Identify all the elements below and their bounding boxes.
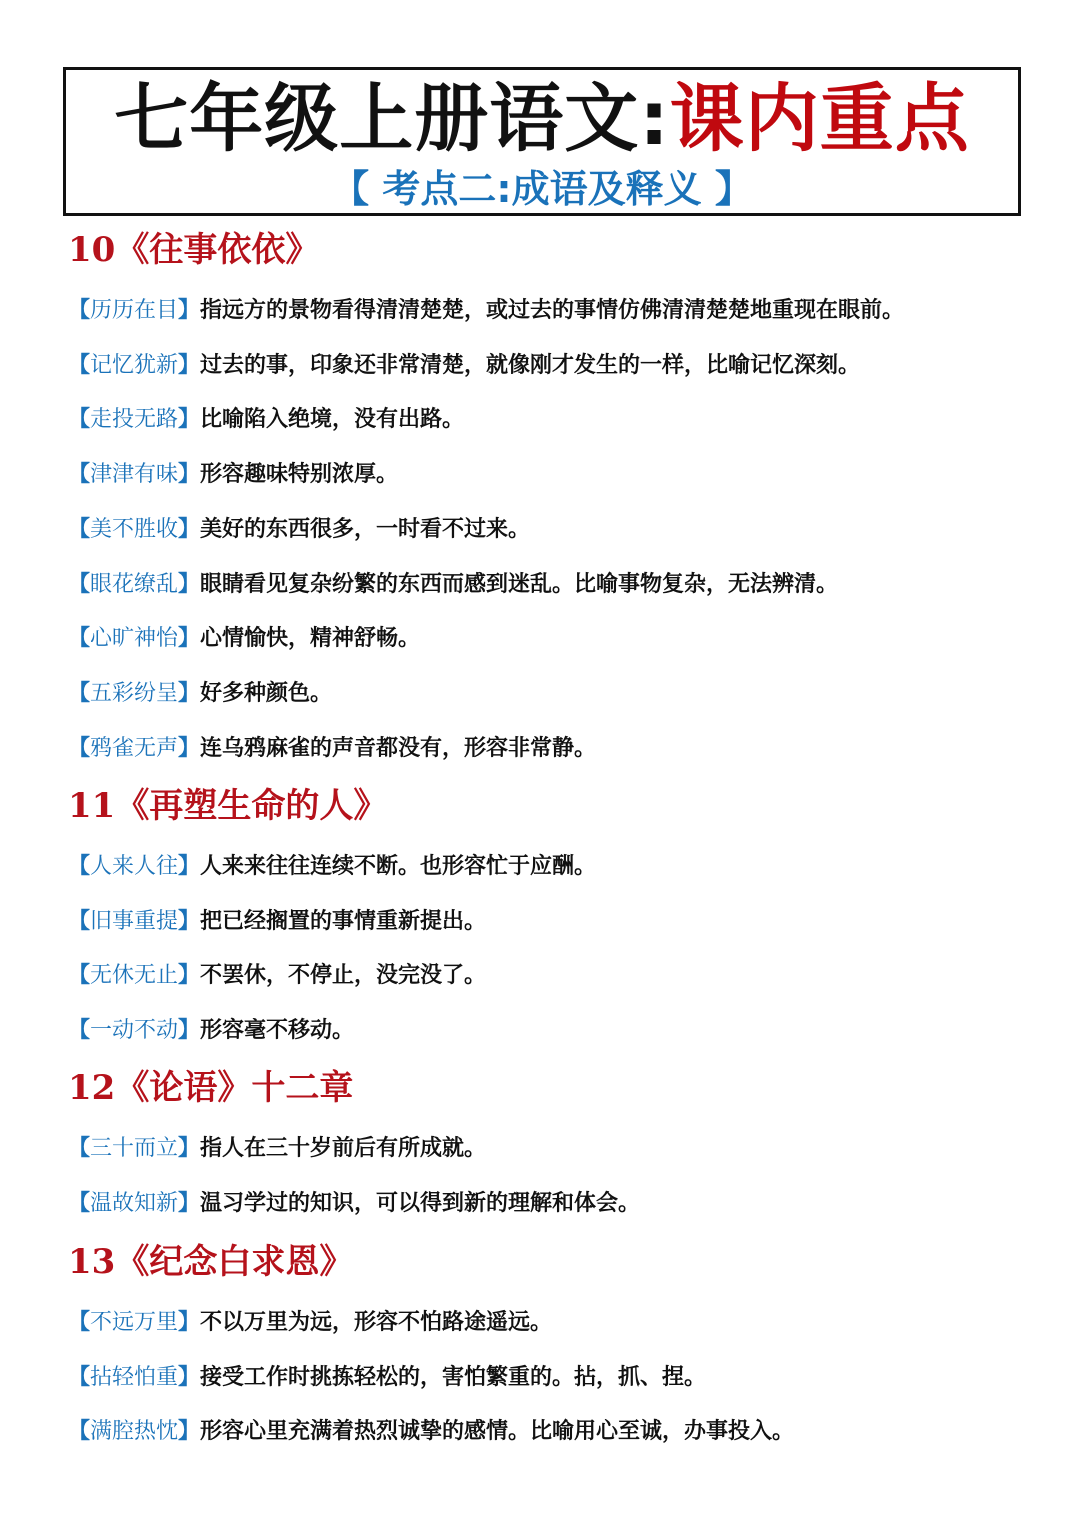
bracket-close: 】 [178,1018,200,1043]
bracket-open: 【 [68,517,90,542]
bracket-close: 】 [178,854,200,879]
idiom-definition: 把已经搁置的事情重新提出。 [200,909,486,934]
idiom-definition: 心情愉快，精神舒畅。 [200,626,420,651]
bracket-open: 【 [68,1365,90,1390]
bracket-close: 】 [178,572,200,597]
bracket-open: 【 [68,681,90,706]
bracket-close: 】 [178,517,200,542]
idiom-definition: 人来来往往连续不断。也形容忙于应酬。 [200,854,596,879]
bracket-open: 【 [68,1018,90,1043]
idiom-definition: 指远方的景物看得清清楚楚，或过去的事情仿佛清清楚楚地重现在眼前。 [200,298,904,323]
title-black: 七年级上册语文: [114,76,670,162]
idiom-definition: 美好的东西很多，一时看不过来。 [200,517,530,542]
idiom-definition: 连乌鸦麻雀的声音都没有，形容非常静。 [200,736,596,761]
idiom-term: 津津有味 [90,462,178,487]
bracket-open: 【 [68,736,90,761]
bracket-close: 】 [178,681,200,706]
idiom-term: 温故知新 [90,1191,178,1216]
idiom-entry: 【眼花缭乱】眼睛看见复杂纷繁的东西而感到迷乱。比喻事物复杂，无法辨清。 [68,570,838,600]
idiom-entry: 【满腔热忱】形容心里充满着热烈诚挚的感情。比喻用心至诚，办事投入。 [68,1417,794,1447]
section-heading: 13《纪念白求恩》 [68,1242,353,1282]
bracket-open: 【 [68,963,90,988]
idiom-definition: 温习学过的知识，可以得到新的理解和体会。 [200,1191,640,1216]
idiom-entry: 【五彩纷呈】好多种颜色。 [68,679,332,709]
idiom-entry: 【一动不动】形容毫不移动。 [68,1016,354,1046]
idiom-entry: 【无休无止】不罢休，不停止，没完没了。 [68,961,486,991]
section-heading: 10《往事依依》 [68,230,319,270]
idiom-definition: 形容趣味特别浓厚。 [200,462,398,487]
bracket-open: 【 [68,1136,90,1161]
bracket-open: 【 [68,572,90,597]
idiom-term: 走投无路 [90,407,178,432]
bracket-open: 【 [68,1419,90,1444]
idiom-entry: 【温故知新】温习学过的知识，可以得到新的理解和体会。 [68,1189,640,1219]
idiom-term: 眼花缭乱 [90,572,178,597]
idiom-definition: 眼睛看见复杂纷繁的东西而感到迷乱。比喻事物复杂，无法辨清。 [200,572,838,597]
idiom-term: 记忆犹新 [90,353,178,378]
page-title: 七年级上册语文:课内重点 [66,74,1018,164]
bracket-open: 【 [68,407,90,432]
bracket-close: 】 [178,1310,200,1335]
idiom-term: 鸦雀无声 [90,736,178,761]
bracket-close: 】 [178,626,200,651]
bracket-open: 【 [68,462,90,487]
bracket-close: 】 [178,298,200,323]
idiom-term: 三十而立 [90,1136,178,1161]
bracket-close: 】 [178,407,200,432]
idiom-term: 历历在目 [90,298,178,323]
idiom-entry: 【美不胜收】美好的东西很多，一时看不过来。 [68,515,530,545]
idiom-definition: 不罢休，不停止，没完没了。 [200,963,486,988]
idiom-entry: 【心旷神怡】心情愉快，精神舒畅。 [68,624,420,654]
idiom-entry: 【记忆犹新】过去的事，印象还非常清楚，就像刚才发生的一样，比喻记忆深刻。 [68,351,860,381]
idiom-definition: 指人在三十岁前后有所成就。 [200,1136,486,1161]
page-subtitle: 【 考点二:成语及释义 】 [66,166,1018,212]
idiom-term: 无休无止 [90,963,178,988]
idiom-term: 美不胜收 [90,517,178,542]
bracket-close: 】 [178,462,200,487]
bracket-close: 】 [178,963,200,988]
idiom-definition: 比喻陷入绝境，没有出路。 [200,407,464,432]
idiom-definition: 形容毫不移动。 [200,1018,354,1043]
idiom-term: 心旷神怡 [90,626,178,651]
idiom-entry: 【鸦雀无声】连乌鸦麻雀的声音都没有，形容非常静。 [68,734,596,764]
idiom-entry: 【津津有味】形容趣味特别浓厚。 [68,460,398,490]
bracket-open: 【 [68,298,90,323]
idiom-term: 五彩纷呈 [90,681,178,706]
idiom-definition: 不以万里为远，形容不怕路途遥远。 [200,1310,552,1335]
idiom-term: 拈轻怕重 [90,1365,178,1390]
idiom-term: 一动不动 [90,1018,178,1043]
idiom-entry: 【三十而立】指人在三十岁前后有所成就。 [68,1134,486,1164]
idiom-entry: 【人来人往】人来来往往连续不断。也形容忙于应酬。 [68,852,596,882]
idiom-term: 旧事重提 [90,909,178,934]
idiom-term: 满腔热忱 [90,1419,178,1444]
idiom-term: 人来人往 [90,854,178,879]
idiom-entry: 【历历在目】指远方的景物看得清清楚楚，或过去的事情仿佛清清楚楚地重现在眼前。 [68,296,904,326]
idiom-entry: 【走投无路】比喻陷入绝境，没有出路。 [68,405,464,435]
bracket-close: 】 [178,1365,200,1390]
idiom-term: 不远万里 [90,1310,178,1335]
idiom-entry: 【拈轻怕重】接受工作时挑拣轻松的，害怕繁重的。拈，抓、捏。 [68,1363,706,1393]
bracket-close: 】 [178,1419,200,1444]
bracket-open: 【 [68,1310,90,1335]
bracket-close: 】 [178,1191,200,1216]
idiom-definition: 过去的事，印象还非常清楚，就像刚才发生的一样，比喻记忆深刻。 [200,353,860,378]
bracket-close: 】 [178,909,200,934]
bracket-close: 】 [178,353,200,378]
section-heading: 12《论语》十二章 [68,1068,353,1108]
idiom-entry: 【不远万里】不以万里为远，形容不怕路途遥远。 [68,1308,552,1338]
idiom-definition: 形容心里充满着热烈诚挚的感情。比喻用心至诚，办事投入。 [200,1419,794,1444]
title-red: 课内重点 [670,76,970,162]
idiom-definition: 好多种颜色。 [200,681,332,706]
bracket-close: 】 [178,1136,200,1161]
bracket-open: 【 [68,909,90,934]
title-box: 七年级上册语文:课内重点 【 考点二:成语及释义 】 [63,67,1021,216]
bracket-open: 【 [68,854,90,879]
bracket-close: 】 [178,736,200,761]
bracket-open: 【 [68,1191,90,1216]
idiom-entry: 【旧事重提】把已经搁置的事情重新提出。 [68,907,486,937]
bracket-open: 【 [68,626,90,651]
bracket-open: 【 [68,353,90,378]
section-heading: 11《再塑生命的人》 [68,786,387,826]
idiom-definition: 接受工作时挑拣轻松的，害怕繁重的。拈，抓、捏。 [200,1365,706,1390]
